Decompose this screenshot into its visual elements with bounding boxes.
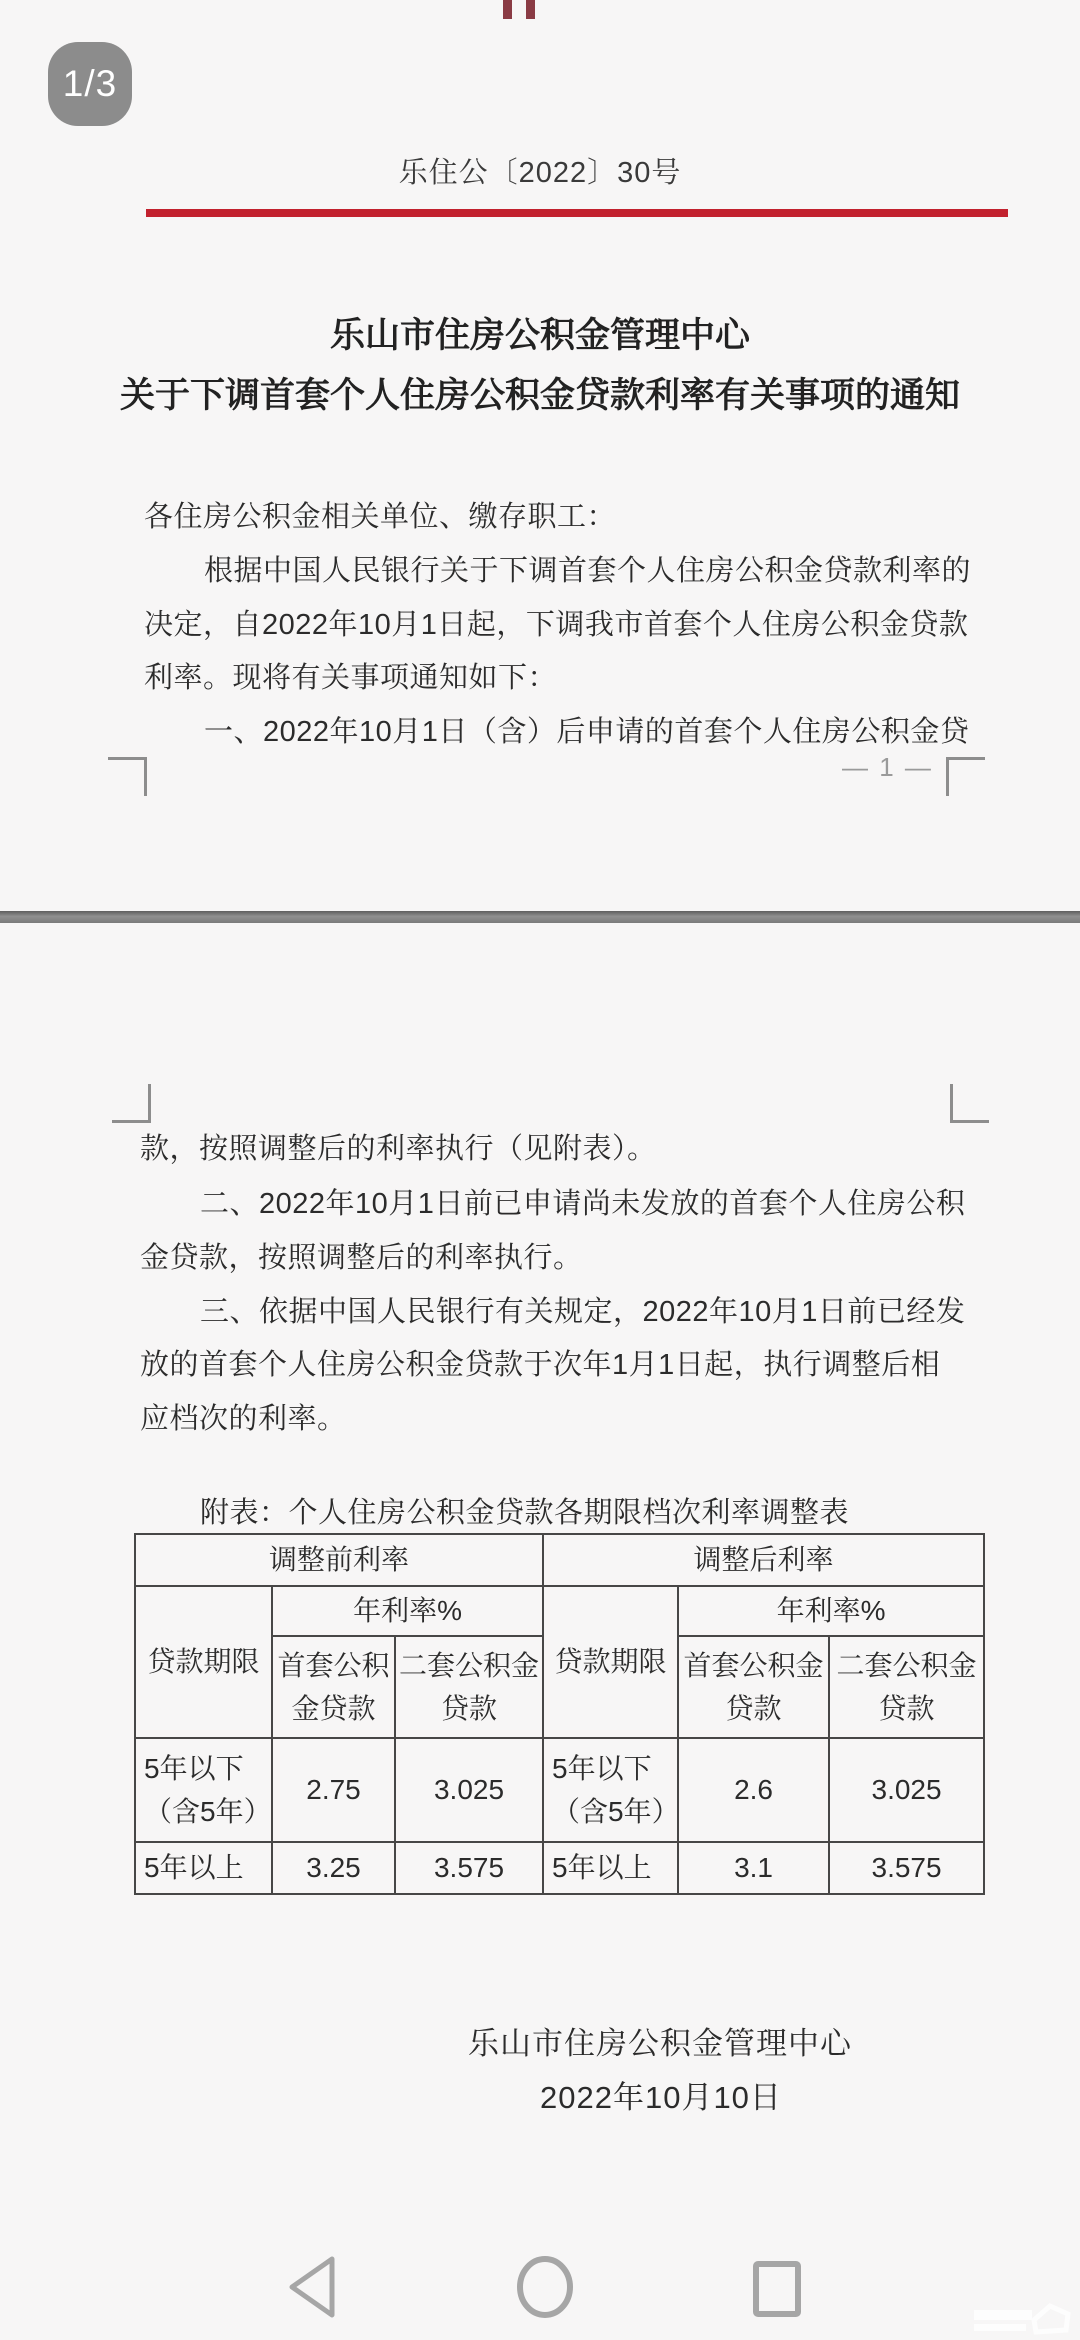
corner-mark-page2-right <box>950 1084 989 1123</box>
page-number: — 1 — <box>842 752 933 783</box>
corner-mark-page1-right <box>946 757 985 796</box>
term-under5-cell: 5年以下 （含5年） <box>135 1738 272 1842</box>
navigation-bar <box>0 2232 1080 2340</box>
rate-cell: 3.575 <box>395 1842 543 1894</box>
rate-cell: 3.025 <box>829 1738 984 1842</box>
signature: 乐山市住房公积金管理中心 <box>468 2018 852 2063</box>
rate-cell: 2.6 <box>678 1738 829 1842</box>
recents-button[interactable] <box>742 2254 812 2324</box>
sub-header-annual-rate: 年利率% <box>272 1586 543 1636</box>
body-line: 根据中国人民银行关于下调首套个人住房公积金贷款利率的 <box>204 548 971 589</box>
signature-date: 2022年10月10日 <box>540 2072 782 2117</box>
letterhead-remnant-stroke <box>503 0 512 19</box>
rate-cell: 3.1 <box>678 1842 829 1894</box>
body-line: 放的首套个人住房公积金贷款于次年1月1日起，执行调整后相 <box>140 1342 940 1383</box>
col-header-second-home: 二套公积金 贷款 <box>829 1636 984 1738</box>
back-button[interactable] <box>276 2252 346 2322</box>
notice-subtitle: 关于下调首套个人住房公积金贷款利率有关事项的通知 <box>0 368 1080 418</box>
term-over5-cell: 5年以上 <box>135 1842 272 1894</box>
col-header-loan-term: 贷款期限 <box>135 1586 272 1738</box>
letterhead-remnant-stroke <box>526 0 535 19</box>
col-header-loan-term: 贷款期限 <box>543 1586 678 1738</box>
red-separator-line <box>146 209 1008 217</box>
body-line: 一、2022年10月1日（含）后申请的首套个人住房公积金贷 <box>204 709 969 750</box>
rate-cell: 3.575 <box>829 1842 984 1894</box>
body-line: 二、2022年10月1日前已申请尚未发放的首套个人住房公积 <box>200 1181 965 1222</box>
doc-number: 乐住公〔2022〕30号 <box>0 150 1080 191</box>
body-line: 利率。现将有关事项通知如下： <box>144 655 557 696</box>
notice-title: 乐山市住房公积金管理中心 <box>0 308 1080 358</box>
rate-adjustment-table: 调整前利率 调整后利率 贷款期限 年利率% 贷款期限 年利率% 首套公积 金贷款… <box>134 1533 985 1895</box>
body-line: 金贷款，按照调整后的利率执行。 <box>140 1235 583 1276</box>
page-indicator-badge: 1/3 <box>48 42 132 126</box>
body-line: 款，按照调整后的利率执行（见附表）。 <box>140 1126 657 1167</box>
back-icon <box>285 2255 337 2319</box>
corner-mark-page1-left <box>108 757 147 796</box>
home-button[interactable] <box>510 2252 580 2322</box>
col-header-second-home: 二套公积金 贷款 <box>395 1636 543 1738</box>
rate-cell: 2.75 <box>272 1738 395 1842</box>
col-header-first-home: 首套公积金 贷款 <box>678 1636 829 1738</box>
col-header-first-home: 首套公积 金贷款 <box>272 1636 395 1738</box>
term-over5-cell: 5年以上 <box>543 1842 678 1894</box>
page-indicator-label: 1/3 <box>63 63 117 105</box>
term-under5-cell: 5年以下 （含5年） <box>543 1738 678 1842</box>
body-line: 应档次的利率。 <box>140 1396 347 1437</box>
home-icon <box>515 2254 575 2320</box>
rate-cell: 3.025 <box>395 1738 543 1842</box>
photo-separator-band <box>0 911 1080 923</box>
image-viewer-screen: 1/3 乐住公〔2022〕30号 乐山市住房公积金管理中心 关于下调首套个人住房… <box>0 0 1080 2340</box>
body-line: 决定，自2022年10月1日起，下调我市首套个人住房公积金贷款 <box>144 602 968 643</box>
corner-mark-page2-left <box>112 1084 151 1123</box>
sub-header-annual-rate: 年利率% <box>678 1586 984 1636</box>
table-caption: 附表：个人住房公积金贷款各期限档次利率调整表 <box>200 1490 849 1531</box>
body-line: 各住房公积金相关单位、缴存职工： <box>144 494 616 535</box>
rate-cell: 3.25 <box>272 1842 395 1894</box>
recents-icon <box>751 2260 803 2318</box>
body-line: 三、依据中国人民银行有关规定，2022年10月1日前已经发 <box>200 1289 965 1330</box>
group-header-after: 调整后利率 <box>543 1534 984 1586</box>
group-header-before: 调整前利率 <box>135 1534 543 1586</box>
